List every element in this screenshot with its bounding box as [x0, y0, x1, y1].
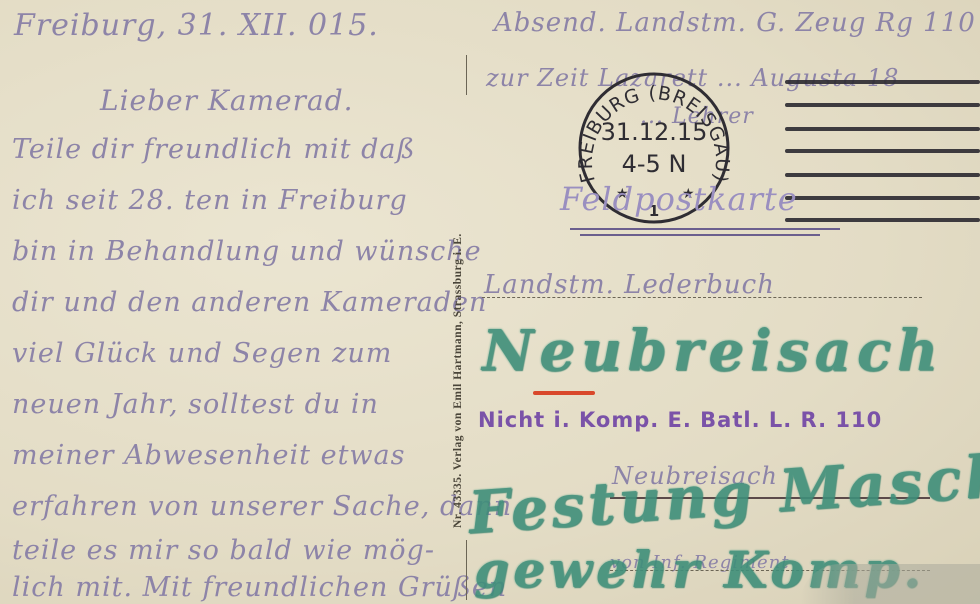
center-divider-bottom: [466, 540, 467, 600]
crayon-overwrite-2: Festung Masch: [466, 441, 980, 547]
message-line: dir und den anderen Kameraden: [12, 287, 487, 318]
message-line: ich seit 28. ten in Freiburg: [12, 185, 408, 216]
message-line: Teile dir freundlich mit daß: [12, 134, 416, 165]
message-line: viel Glück und Segen zum: [12, 338, 392, 369]
salutation: Lieber Kamerad.: [100, 84, 354, 117]
publisher-imprint: Nr. 43335. Verlag von Emil Hartmann, Str…: [452, 233, 464, 528]
message-line: meiner Abwesenheit etwas: [12, 440, 406, 471]
crayon-overwrite-1: Neubreisach: [482, 318, 944, 384]
address-line-1: [482, 297, 922, 298]
postcard: Freiburg, 31. XII. 015. Lieber Kamerad. …: [0, 0, 980, 604]
dateline: Freiburg, 31. XII. 015.: [14, 8, 379, 43]
message-line: neuen Jahr, solltest du in: [12, 389, 379, 420]
message-line: erfahren von unserer Sache, dann: [12, 491, 512, 522]
center-divider-top: [466, 55, 467, 95]
message-line: teile es mir so bald wie mög-: [12, 535, 435, 566]
red-crayon-mark: [533, 391, 595, 395]
recipient-name: Landstm. Lederbuch: [484, 270, 775, 300]
card-label: Feldpostkarte: [560, 180, 798, 218]
card-label-underline: [570, 228, 840, 230]
message-line: bin in Behandlung und wünsche: [12, 236, 482, 267]
violet-unit-stamp: Nicht i. Komp. E. Batl. L. R. 110: [478, 408, 882, 432]
photo-shadow: [800, 564, 980, 604]
svg-text:4-5 N: 4-5 N: [622, 150, 687, 178]
svg-text:31.12.15: 31.12.15: [601, 118, 708, 146]
sender-line-1: Absend. Landstm. G. Zeug Rg 110: [494, 8, 976, 38]
message-line: lich mit. Mit freundlichen Grüßen: [12, 572, 507, 603]
card-label-underline: [580, 234, 820, 236]
